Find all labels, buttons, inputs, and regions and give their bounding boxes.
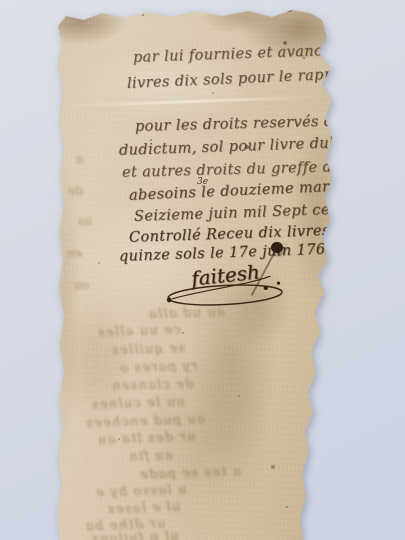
manuscript-paper: par lui fournies et avancé livres dix so… <box>0 0 405 540</box>
bleed-through-margin-mark: us <box>78 214 92 228</box>
ink-specks <box>0 0 2 2</box>
bleed-through-margin-mark: ou <box>74 278 89 292</box>
bleed-through-line: au fin <box>128 448 173 465</box>
bleed-through-margin-mark: a <box>76 152 83 166</box>
bleed-through-line: de clansen <box>111 377 194 395</box>
photo-canvas: { "photo": { "description": "Photograph … <box>0 0 405 540</box>
bleed-through-margin-mark: en <box>67 246 82 260</box>
bleed-through-line: u lasso by e <box>95 482 187 500</box>
bleed-through-line: ry pares o <box>119 359 198 377</box>
signature-flourish <box>160 276 290 310</box>
bleed-through-line: se quilles <box>111 341 186 359</box>
bleed-through-line: au ud alla <box>148 305 225 323</box>
superscript-correction: 3e <box>197 177 208 187</box>
bleed-through-line: ce uu alles <box>97 323 181 341</box>
bleed-through-line: ul p fuilons <box>91 529 179 540</box>
bleed-through-line: ul e lases <box>107 500 181 518</box>
bleed-through-margin-mark: de <box>68 184 83 198</box>
manuscript-paper-wrap: par lui fournies et avancé livres dix so… <box>0 0 405 540</box>
